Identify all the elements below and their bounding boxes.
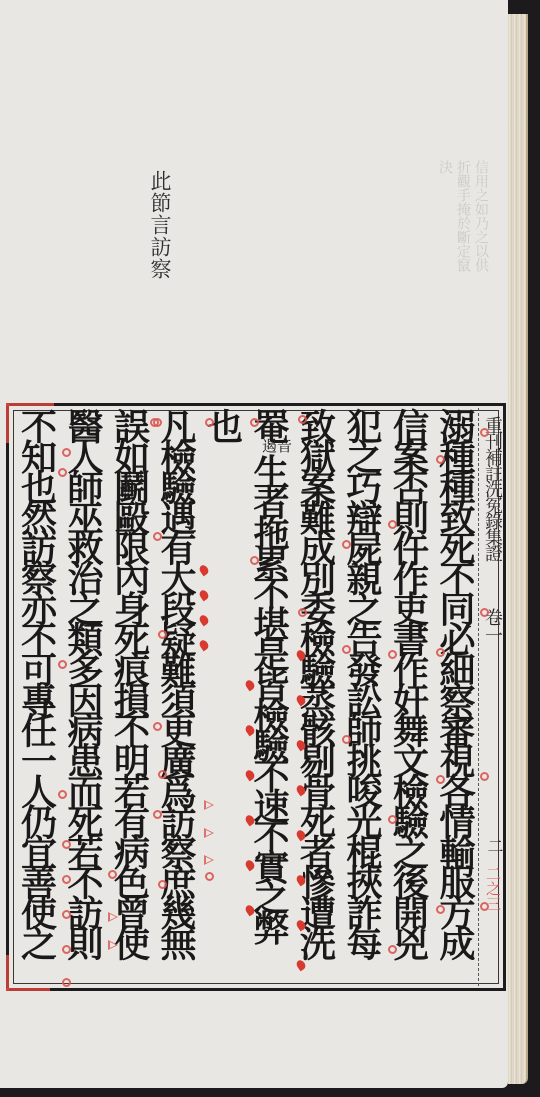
red-circle-mark: [250, 556, 259, 565]
text-column-10: 不知也然訪察亦不可專任一人仍宜善使之: [13, 408, 60, 986]
red-circle-mark: [62, 448, 71, 457]
red-circle-mark: [298, 608, 307, 617]
note-left: 遏: [260, 438, 278, 453]
red-circle-mark: [480, 608, 489, 617]
red-circle-mark: [480, 428, 489, 437]
red-circle-mark: [58, 660, 67, 669]
red-circle-mark: [158, 630, 167, 639]
text-column-9: 醫人師巫救治之類多因病患而死若不訪則: [60, 408, 107, 986]
red-circle-mark: [388, 650, 397, 659]
red-corner-mark-bottom-left: [6, 955, 9, 991]
red-corner-mark-bottom: [6, 988, 50, 991]
text-column-3: 犯之巧辯屍親之告發訟師挑唆光棍挾詐每: [339, 408, 386, 986]
red-triangle-mark: [204, 800, 214, 810]
red-circle-mark: [153, 532, 162, 541]
red-circle-mark: [436, 455, 445, 464]
red-circle-mark: [62, 978, 71, 987]
red-circle-mark: [205, 872, 214, 881]
red-circle-mark: [436, 648, 445, 657]
text-column-5: 罨音遏生者拖累不堪是皆檢驗不速不實之弊: [246, 408, 293, 986]
text-column-6: 也: [199, 408, 246, 986]
red-triangle-mark: [204, 855, 214, 865]
text-column-2: 信案否則仵作吏書作奸舞文檢驗之後開兇: [385, 408, 432, 986]
pronunciation-note: 音遏: [261, 438, 291, 453]
red-corner-mark-top: [6, 403, 54, 406]
red-circle-mark: [58, 790, 67, 799]
red-circle-mark: [158, 880, 167, 889]
red-circle-mark: [388, 815, 397, 824]
red-circle-mark: [388, 945, 397, 954]
page-stack-edge: [508, 14, 528, 1084]
red-triangle-mark: [204, 828, 214, 838]
red-circle-mark: [480, 902, 489, 911]
red-circle-mark: [436, 905, 445, 914]
main-text: 溺種種致死不同必細察審視各情輸服方成 信案否則仵作吏書作奸舞文檢驗之後開兇 犯之…: [13, 408, 478, 986]
red-circle-mark: [342, 735, 351, 744]
red-circle-mark: [62, 875, 71, 884]
red-circle-mark: [58, 468, 67, 477]
red-corner-mark-left: [6, 403, 9, 443]
red-triangle-mark: [108, 912, 118, 922]
red-circle-mark: [342, 540, 351, 549]
red-circle-mark: [250, 418, 259, 427]
red-circle-mark: [158, 770, 167, 779]
red-circle-mark: [342, 645, 351, 654]
margin-annotation: 此節言訪察: [140, 170, 180, 280]
text-column-8: 誤如鬬毆限內身死痕損不明若有病色曾使: [106, 408, 153, 986]
folio-number: 二: [483, 838, 506, 854]
red-circle-mark: [150, 418, 159, 427]
red-circle-mark: [436, 775, 445, 784]
book-title: 重刊補註洗冤錄集證: [481, 416, 503, 560]
bleed-through-text: 信用之如乃之以供折觀手掩於斷定竄決: [340, 160, 490, 280]
red-circle-mark: [62, 945, 71, 954]
red-circle-mark: [205, 418, 214, 427]
red-circle-mark: [62, 840, 71, 849]
red-circle-mark: [153, 810, 162, 819]
red-triangle-mark: [108, 940, 118, 950]
banxin-center-column: 重刊補註洗冤錄集證 卷一 二 二之三: [478, 408, 504, 986]
red-circle-mark: [108, 870, 117, 879]
red-circle-mark: [480, 772, 489, 781]
red-circle-mark: [298, 415, 307, 424]
red-circle-mark: [388, 520, 397, 529]
red-circle-mark: [62, 910, 71, 919]
text-column-1: 溺種種致死不同必細察審視各情輸服方成: [432, 408, 479, 986]
red-circle-mark: [153, 722, 162, 731]
book-page: 信用之如乃之以供折觀手掩於斷定竄決 此節言訪察 重刊補註洗冤錄集證 卷一 二 二…: [0, 0, 508, 1088]
text-column-7: 凡檢驗遇有大段疑難須更廣爲訪察庶幾無: [153, 408, 200, 986]
